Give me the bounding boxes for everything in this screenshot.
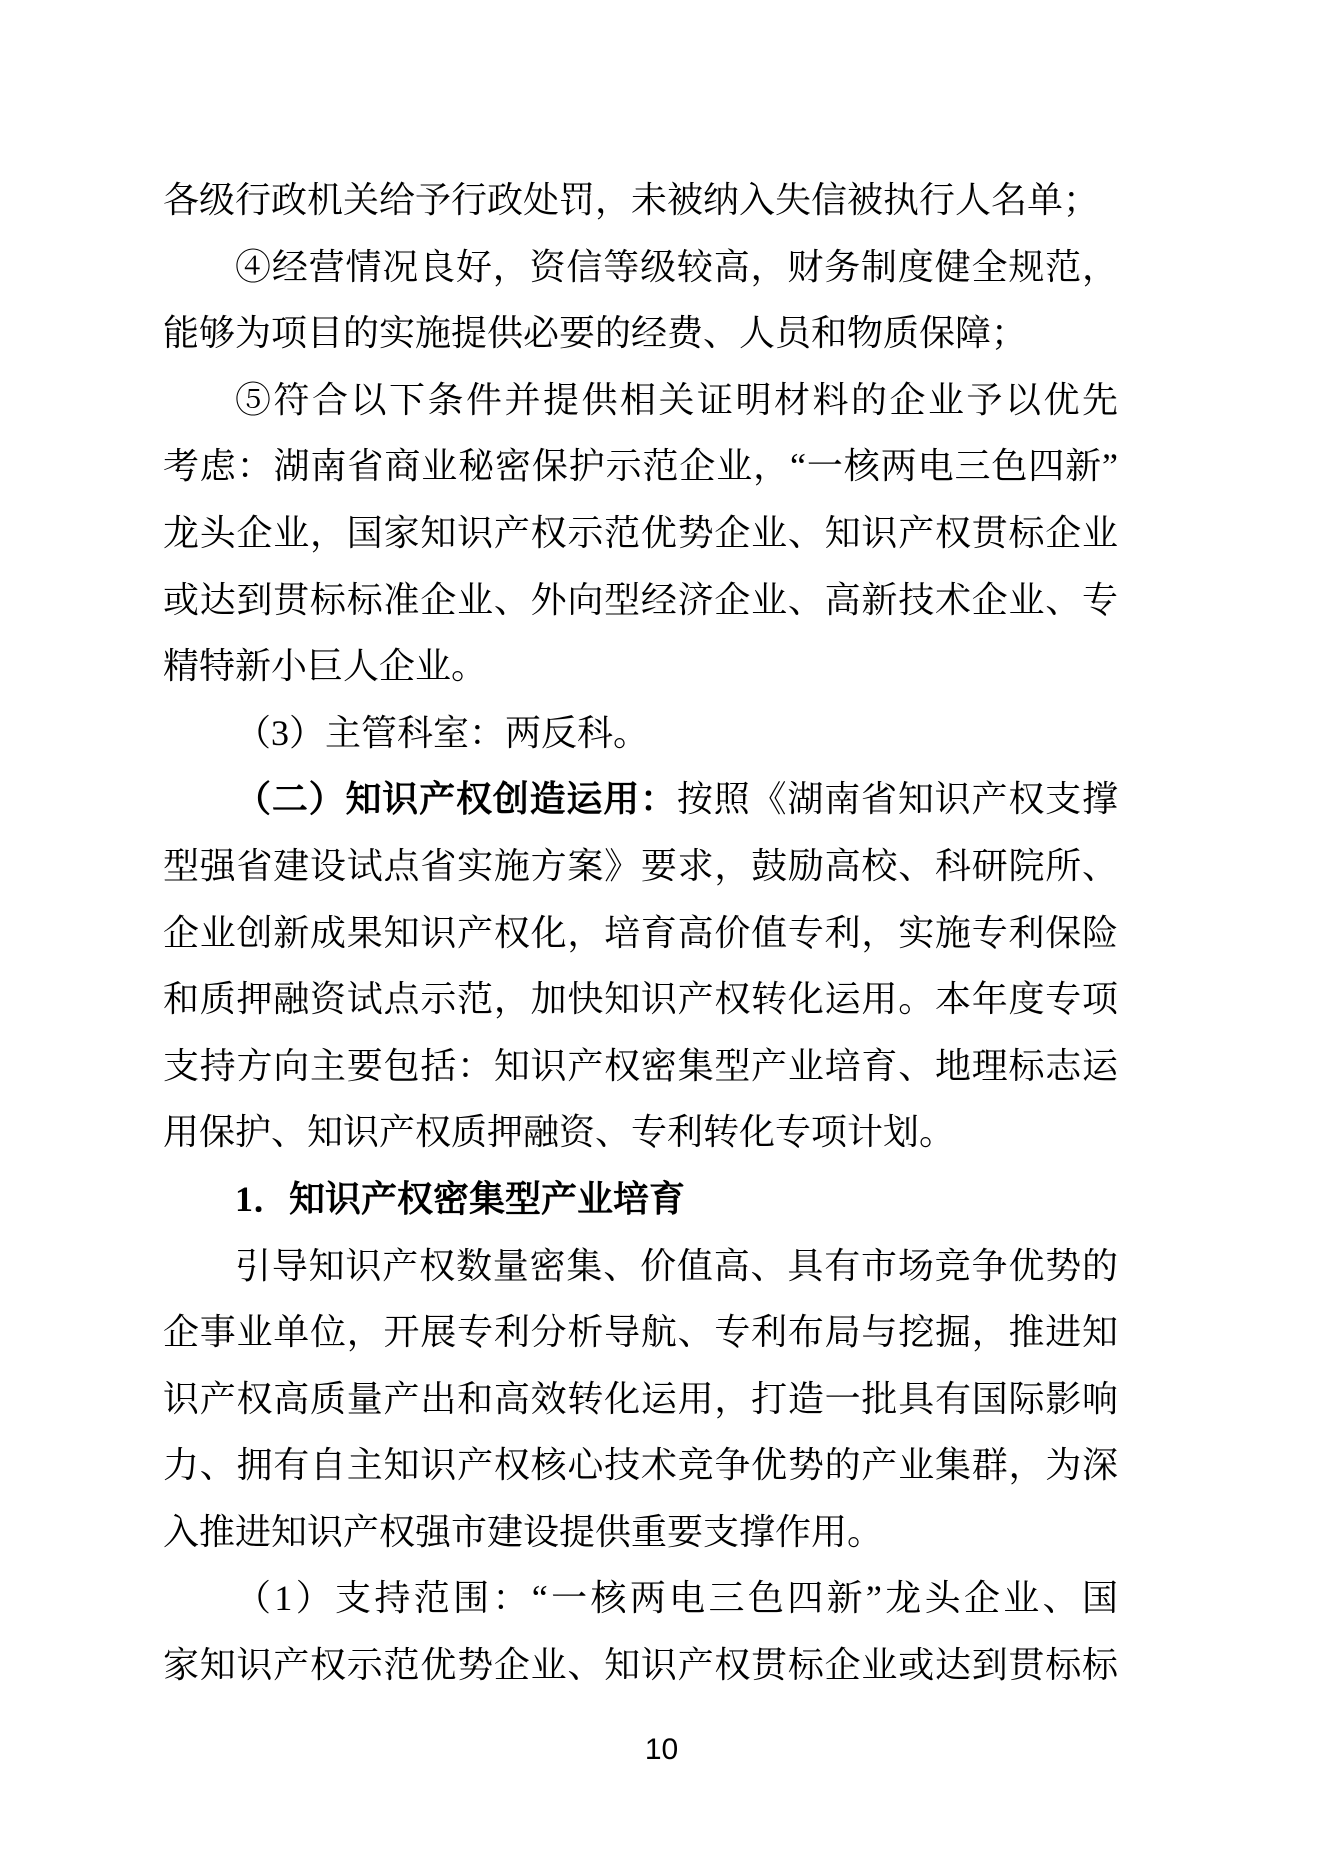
- text-segment: 支持方向主要包括：知识产权密集型产业培育、地理标志运: [163, 1046, 1118, 1086]
- text-line: （1）支持范围：“一核两电三色四新”龙头企业、国: [163, 1565, 1118, 1632]
- section-heading: 1．知识产权密集型产业培育: [163, 1166, 1118, 1233]
- text-line: 或达到贯标标准企业、外向型经济企业、高新技术企业、专: [163, 567, 1118, 634]
- text-line: 家知识产权示范优势企业、知识产权贯标企业或达到贯标标: [163, 1632, 1118, 1699]
- bold-text-segment: 1．知识产权密集型产业培育: [235, 1179, 685, 1219]
- text-segment: 能够为项目的实施提供必要的经费、人员和物质保障；: [163, 313, 1027, 353]
- text-segment: （3）主管科室：两反科。: [235, 713, 649, 753]
- text-segment: 引导知识产权数量密集、价值高、具有市场竞争优势的: [235, 1246, 1118, 1286]
- text-line: 精特新小巨人企业。: [163, 633, 1118, 700]
- text-line: 支持方向主要包括：知识产权密集型产业培育、地理标志运: [163, 1033, 1118, 1100]
- text-line: （二）知识产权创造运用：按照《湖南省知识产权支撑: [163, 766, 1118, 833]
- text-segment: 和质押融资试点示范，加快知识产权转化运用。本年度专项: [163, 979, 1118, 1019]
- text-segment: 力、拥有自主知识产权核心技术竞争优势的产业集群，为深: [163, 1445, 1118, 1485]
- text-segment: 龙头企业，国家知识产权示范优势企业、知识产权贯标企业: [163, 513, 1118, 553]
- text-segment: （1）支持范围：“一核两电三色四新”龙头企业、国: [235, 1578, 1118, 1618]
- text-segment: 按照《湖南省知识产权支撑: [677, 779, 1118, 819]
- text-segment: 考虑：湖南省商业秘密保护示范企业，“一核两电三色四新”: [163, 446, 1118, 486]
- text-line: 型强省建设试点省实施方案》要求，鼓励高校、科研院所、: [163, 833, 1118, 900]
- text-segment: 企事业单位，开展专利分析导航、专利布局与挖掘，推进知: [163, 1312, 1118, 1352]
- text-line: 各级行政机关给予行政处罚，未被纳入失信被执行人名单；: [163, 167, 1118, 234]
- text-segment: 型强省建设试点省实施方案》要求，鼓励高校、科研院所、: [163, 846, 1118, 886]
- text-segment: 精特新小巨人企业。: [163, 646, 487, 686]
- document-body: 各级行政机关给予行政处罚，未被纳入失信被执行人名单；④经营情况良好，资信等级较高…: [163, 167, 1118, 1699]
- text-line: 和质押融资试点示范，加快知识产权转化运用。本年度专项: [163, 966, 1118, 1033]
- text-line: 考虑：湖南省商业秘密保护示范企业，“一核两电三色四新”: [163, 433, 1118, 500]
- bold-text-segment: （二）知识产权创造运用：: [235, 779, 677, 819]
- text-line: 企事业单位，开展专利分析导航、专利布局与挖掘，推进知: [163, 1299, 1118, 1366]
- text-segment: 识产权高质量产出和高效转化运用，打造一批具有国际影响: [163, 1379, 1118, 1419]
- text-segment: 或达到贯标标准企业、外向型经济企业、高新技术企业、专: [163, 580, 1118, 620]
- text-line: 龙头企业，国家知识产权示范优势企业、知识产权贯标企业: [163, 500, 1118, 567]
- text-segment: 入推进知识产权强市建设提供重要支撑作用。: [163, 1512, 883, 1552]
- text-line: （3）主管科室：两反科。: [163, 700, 1118, 767]
- text-segment: 企业创新成果知识产权化，培育高价值专利，实施专利保险: [163, 913, 1118, 953]
- text-line: 用保护、知识产权质押融资、专利转化专项计划。: [163, 1099, 1118, 1166]
- text-segment: 各级行政机关给予行政处罚，未被纳入失信被执行人名单；: [163, 180, 1099, 220]
- text-line: 企业创新成果知识产权化，培育高价值专利，实施专利保险: [163, 900, 1118, 967]
- text-line: 识产权高质量产出和高效转化运用，打造一批具有国际影响: [163, 1366, 1118, 1433]
- page-number: 10: [0, 1730, 1323, 1770]
- text-line: 入推进知识产权强市建设提供重要支撑作用。: [163, 1499, 1118, 1566]
- text-line: ⑤符合以下条件并提供相关证明材料的企业予以优先: [163, 367, 1118, 434]
- text-segment: 用保护、知识产权质押融资、专利转化专项计划。: [163, 1112, 955, 1152]
- text-segment: 家知识产权示范优势企业、知识产权贯标企业或达到贯标标: [163, 1645, 1118, 1685]
- text-segment: ⑤符合以下条件并提供相关证明材料的企业予以优先: [235, 380, 1118, 420]
- document-page: 各级行政机关给予行政处罚，未被纳入失信被执行人名单；④经营情况良好，资信等级较高…: [0, 0, 1323, 1871]
- text-line: 能够为项目的实施提供必要的经费、人员和物质保障；: [163, 300, 1118, 367]
- text-line: 力、拥有自主知识产权核心技术竞争优势的产业集群，为深: [163, 1432, 1118, 1499]
- text-segment: ④经营情况良好，资信等级较高，财务制度健全规范，: [235, 247, 1118, 287]
- text-line: ④经营情况良好，资信等级较高，财务制度健全规范，: [163, 234, 1118, 301]
- text-line: 引导知识产权数量密集、价值高、具有市场竞争优势的: [163, 1233, 1118, 1300]
